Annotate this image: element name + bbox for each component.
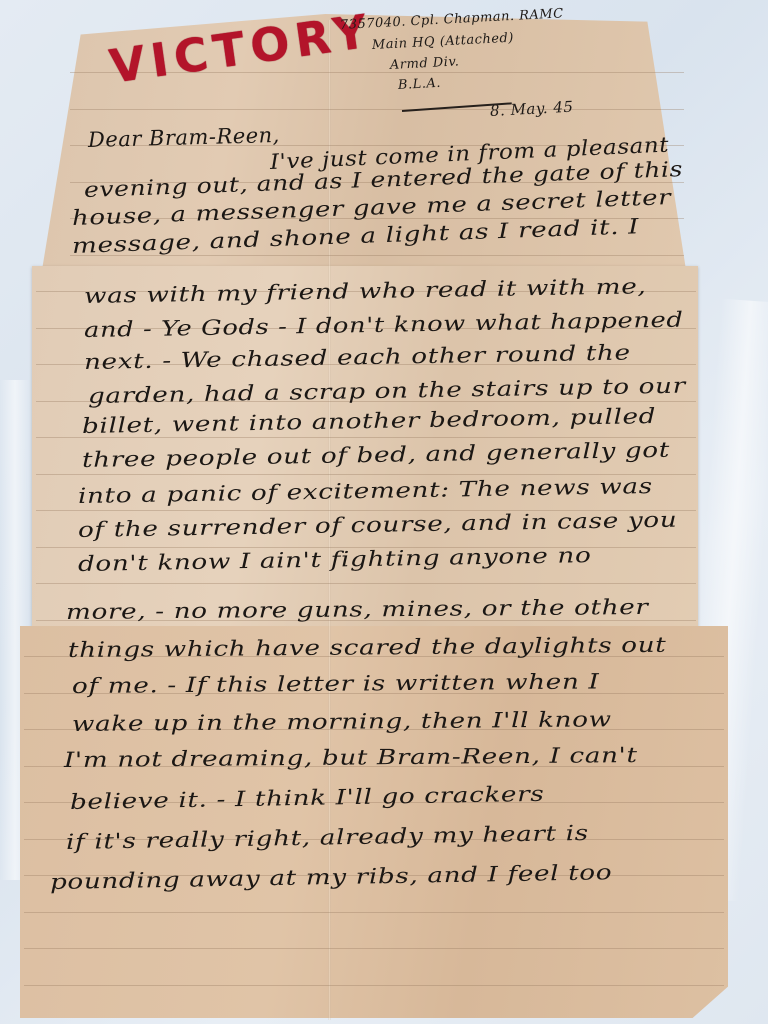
ruled-line [24, 948, 724, 949]
salutation: Dear Bram-Reen, [88, 123, 280, 152]
ruled-line [70, 255, 684, 256]
ruled-line [24, 985, 724, 986]
ruled-line [36, 583, 696, 584]
letter-line: more, - no more guns, mines, or the othe… [66, 595, 649, 624]
ruled-line [24, 912, 724, 913]
letter-line: I'm not dreaming, but Bram-Reen, I can't [64, 743, 638, 772]
ruled-line [36, 437, 696, 438]
header-line: B.L.A. [398, 76, 442, 93]
letter-line: wake up in the morning, then I'll know [72, 707, 612, 736]
letter-paper: VICTORY 7357040. Cpl. Chapman. RAMCMain … [0, 0, 768, 1024]
letter-line: of me. - If this letter is written when … [72, 669, 600, 698]
ruled-line [70, 109, 684, 110]
